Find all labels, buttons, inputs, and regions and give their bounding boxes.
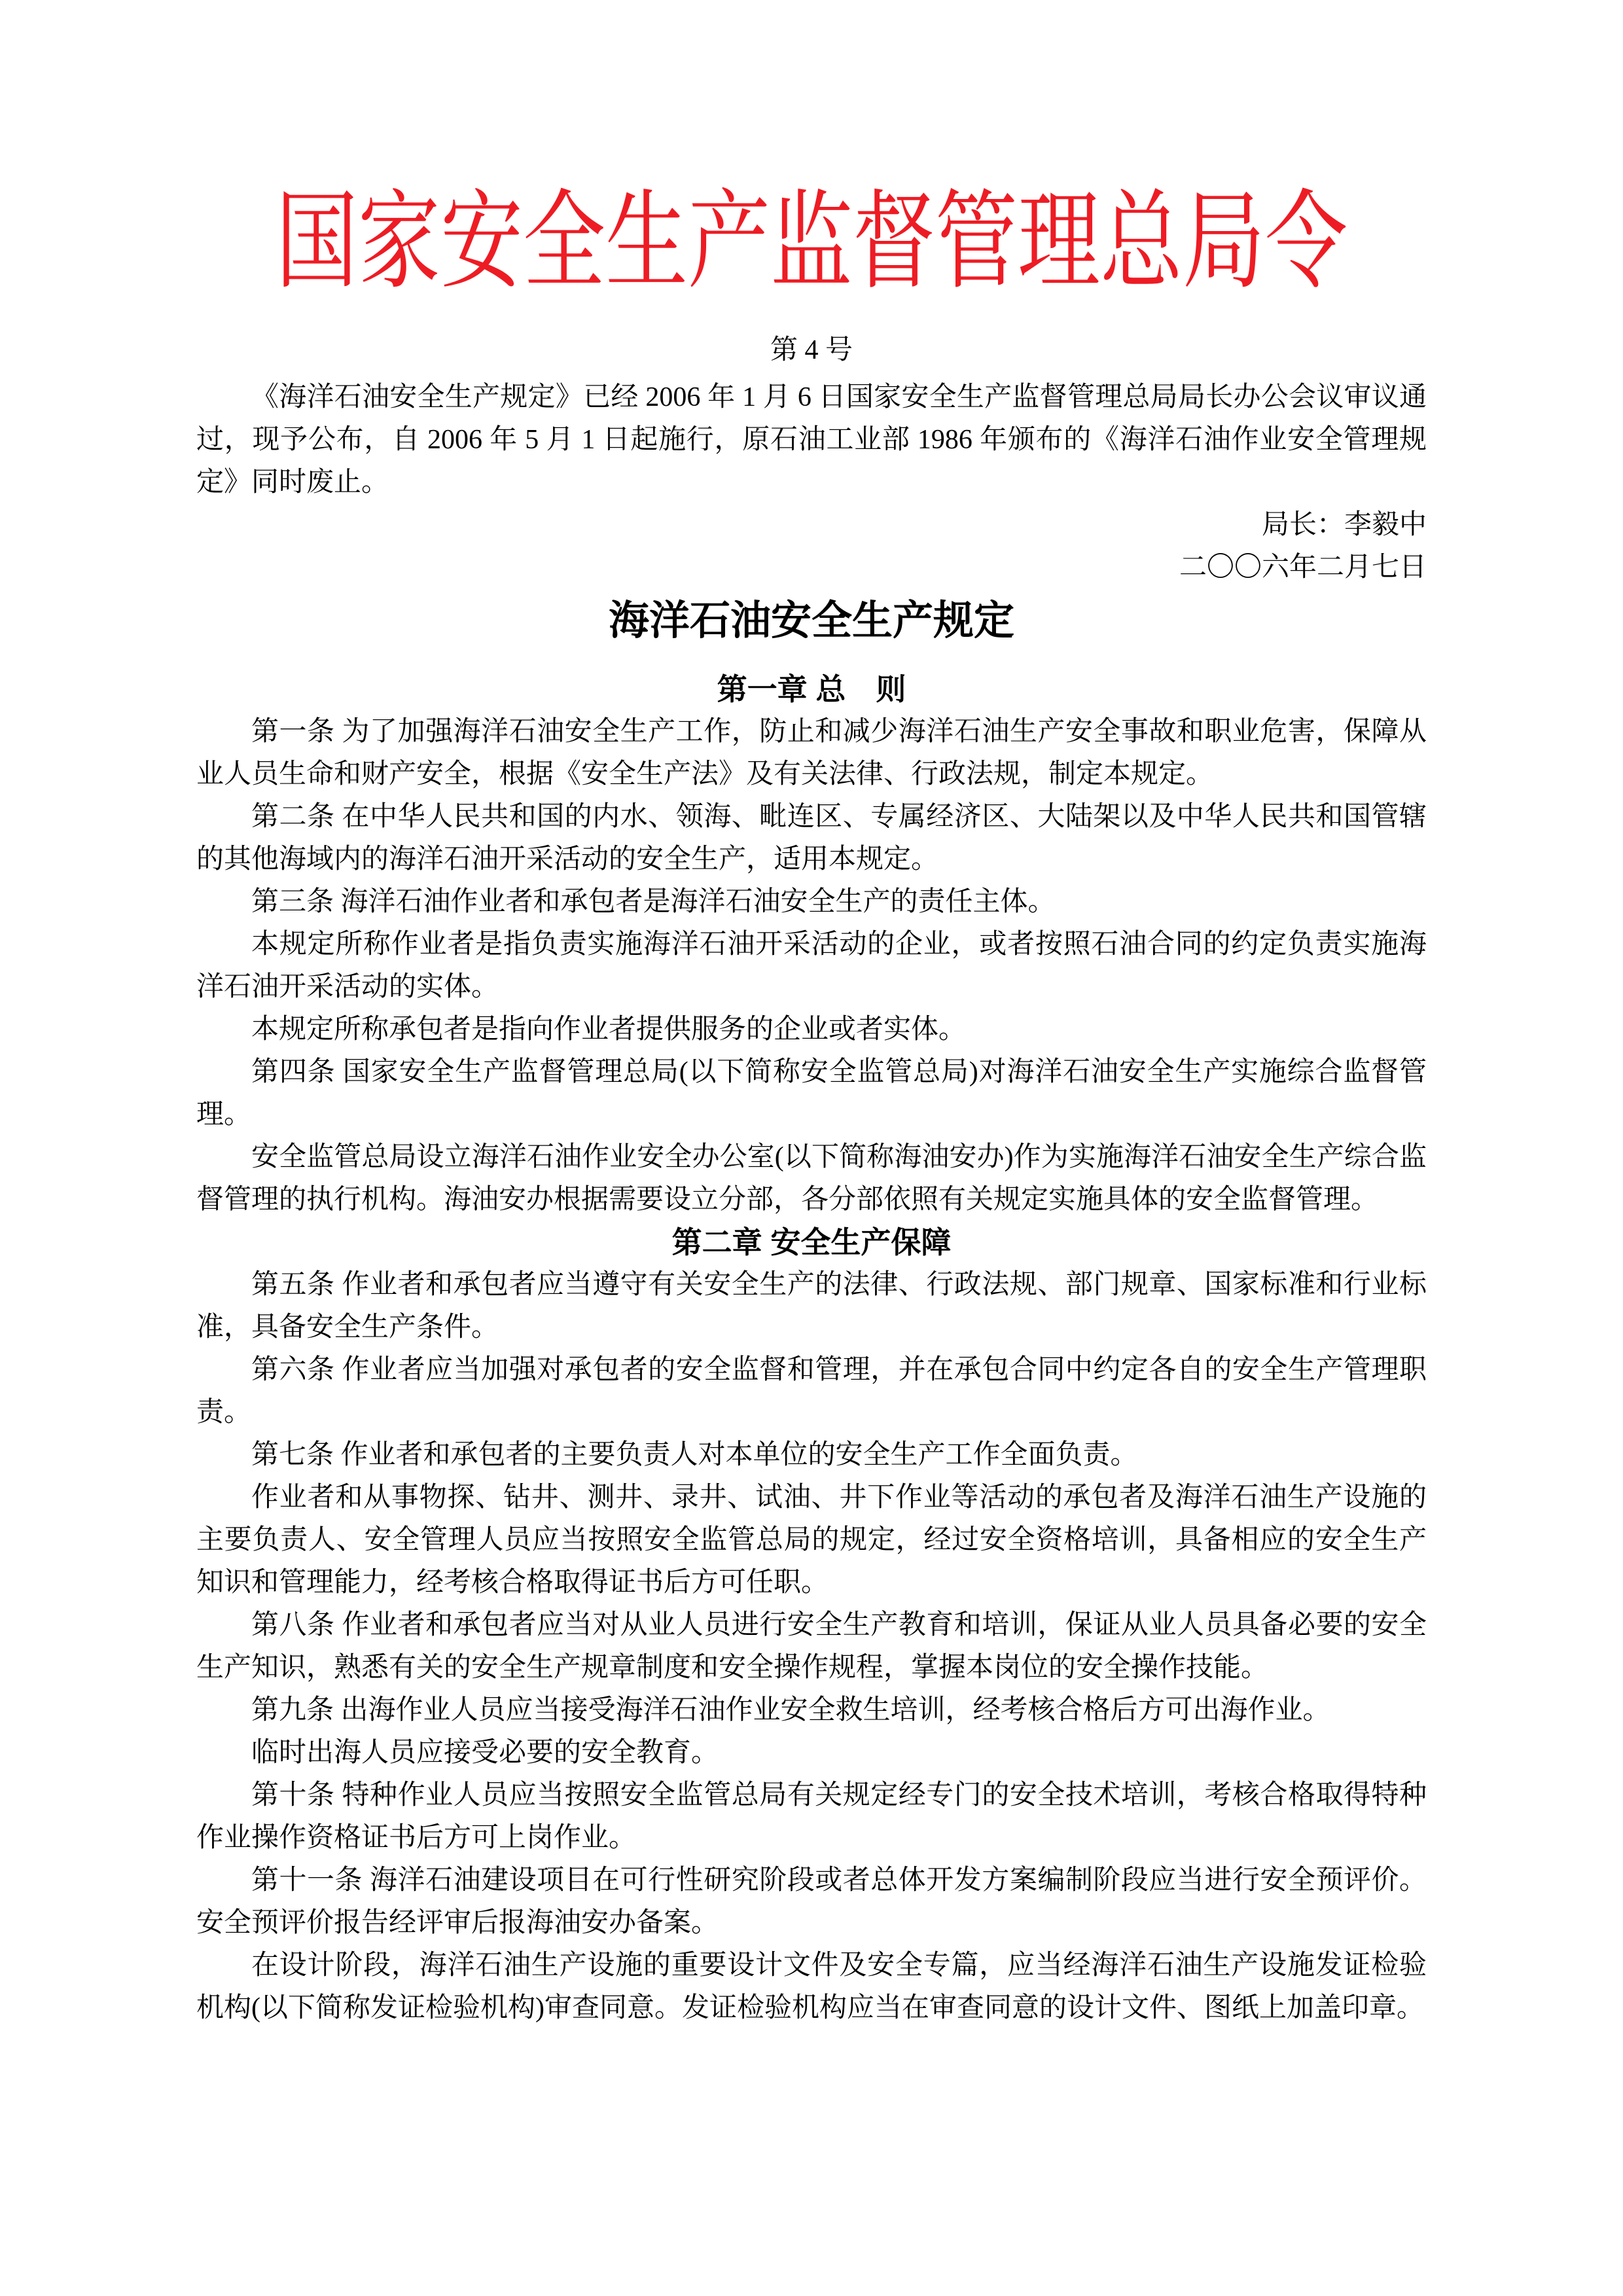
signature-date: 二〇〇六年二月七日 bbox=[196, 547, 1427, 589]
article-paragraph: 第二条 在中华人民共和国的内水、领海、毗连区、专属经济区、大陆架以及中华人民共和… bbox=[196, 796, 1427, 881]
article-paragraph: 安全监管总局设立海洋石油作业安全办公室(以下简称海油安办)作为实施海洋石油安全生… bbox=[196, 1136, 1427, 1221]
article-paragraph: 本规定所称承包者是指向作业者提供服务的企业或者实体。 bbox=[196, 1009, 1427, 1051]
announcement-paragraph: 《海洋石油安全生产规定》已经 2006 年 1 月 6 日国家安全生产监督管理总… bbox=[196, 376, 1427, 504]
article-paragraph: 临时出海人员应接受必要的安全教育。 bbox=[196, 1732, 1427, 1774]
announcement-block: 《海洋石油安全生产规定》已经 2006 年 1 月 6 日国家安全生产监督管理总… bbox=[196, 376, 1427, 589]
article-paragraph: 第七条 作业者和承包者的主要负责人对本单位的安全生产工作全面负责。 bbox=[196, 1434, 1427, 1477]
chapter-1-heading: 第一章 总 则 bbox=[0, 668, 1623, 711]
signature-name: 局长：李毅中 bbox=[196, 504, 1427, 547]
article-paragraph: 第十条 特种作业人员应当按照安全监管总局有关规定经专门的安全技术培训，考核合格取… bbox=[196, 1774, 1427, 1859]
agency-order-title: 国家安全生产监督管理总局令 bbox=[0, 190, 1623, 297]
article-paragraph: 本规定所称作业者是指负责实施海洋石油开采活动的企业，或者按照石油合同的约定负责实… bbox=[196, 924, 1427, 1009]
document-page: 国家安全生产监督管理总局令 第 4 号 《海洋石油安全生产规定》已经 2006 … bbox=[0, 0, 1623, 2296]
article-paragraph: 第五条 作业者和承包者应当遵守有关安全生产的法律、行政法规、部门规章、国家标准和… bbox=[196, 1264, 1427, 1349]
article-paragraph: 第六条 作业者应当加强对承包者的安全监督和管理，并在承包合同中约定各自的安全生产… bbox=[196, 1349, 1427, 1434]
article-paragraph: 第十一条 海洋石油建设项目在可行性研究阶段或者总体开发方案编制阶段应当进行安全预… bbox=[196, 1859, 1427, 1945]
article-paragraph: 第三条 海洋石油作业者和承包者是海洋石油安全生产的责任主体。 bbox=[196, 881, 1427, 924]
article-paragraph: 第一条 为了加强海洋石油安全生产工作，防止和减少海洋石油生产安全事故和职业危害，… bbox=[196, 711, 1427, 796]
order-number: 第 4 号 bbox=[0, 331, 1623, 370]
article-paragraph: 第八条 作业者和承包者应当对从业人员进行安全生产教育和培训，保证从业人员具备必要… bbox=[196, 1604, 1427, 1689]
regulation-title: 海洋石油安全生产规定 bbox=[0, 598, 1623, 644]
chapter-2-heading: 第二章 安全生产保障 bbox=[0, 1221, 1623, 1264]
article-paragraph: 在设计阶段，海洋石油生产设施的重要设计文件及安全专篇，应当经海洋石油生产设施发证… bbox=[196, 1945, 1427, 2030]
article-paragraph: 作业者和从事物探、钻井、测井、录井、试油、井下作业等活动的承包者及海洋石油生产设… bbox=[196, 1477, 1427, 1604]
article-paragraph: 第四条 国家安全生产监督管理总局(以下简称安全监管总局)对海洋石油安全生产实施综… bbox=[196, 1051, 1427, 1136]
chapter-2-body: 第五条 作业者和承包者应当遵守有关安全生产的法律、行政法规、部门规章、国家标准和… bbox=[196, 1264, 1427, 2030]
chapter-1-body: 第一条 为了加强海洋石油安全生产工作，防止和减少海洋石油生产安全事故和职业危害，… bbox=[196, 711, 1427, 1221]
article-paragraph: 第九条 出海作业人员应当接受海洋石油作业安全救生培训，经考核合格后方可出海作业。 bbox=[196, 1689, 1427, 1732]
